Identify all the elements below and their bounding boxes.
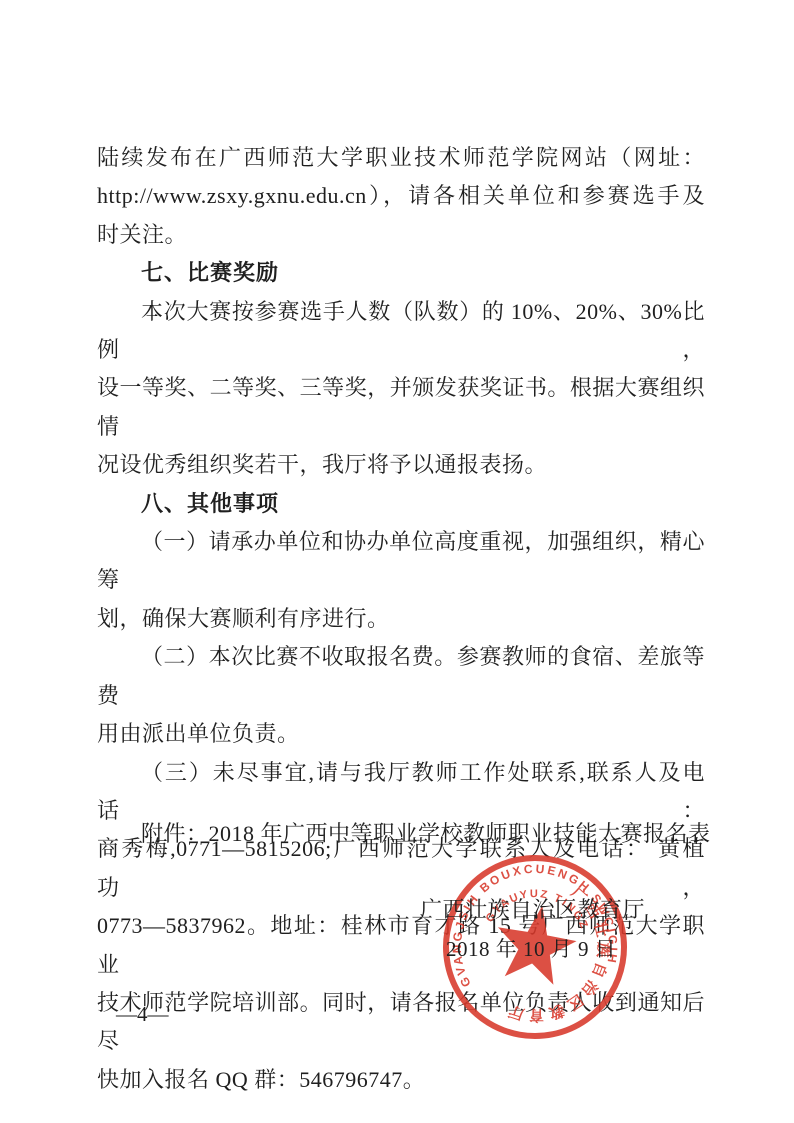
body-line: 快加入报名 QQ 群：546796747。: [97, 1061, 705, 1099]
body-line: 陆续发布在广西师范大学职业技术师范学院网站（网址：: [97, 139, 705, 177]
section-heading-8: 八、其他事项: [97, 485, 705, 523]
body-line: （二）本次比赛不收取报名费。参赛教师的食宿、差旅等费: [97, 638, 705, 715]
body-line: 设一等奖、二等奖、三等奖，并颁发获奖证书。根据大赛组织情: [97, 369, 705, 446]
document-page: 陆续发布在广西师范大学职业技术师范学院网站（网址： http://www.zsx…: [0, 0, 794, 1123]
page-number: —4—: [116, 1001, 169, 1027]
body-line: 划，确保大赛顺利有序进行。: [97, 600, 705, 638]
body-line: 本次大赛按参赛选手人数（队数）的 10%、20%、30%比例，: [97, 293, 705, 370]
section-heading-7: 七、比赛奖励: [97, 254, 705, 292]
body-line: 况设优秀组织奖若干，我厅将予以通报表扬。: [97, 446, 705, 484]
body-line: http://www.zsxy.gxnu.edu.cn），请各相关单位和参赛选手…: [97, 177, 705, 215]
attachment-line: 附件：2018 年广西中等职业学校教师职业技能大赛报名表: [97, 815, 737, 853]
body-line: 技术师范学院培训部。同时，请各报名单位负责人收到通知后尽: [97, 984, 705, 1061]
signature-organization: 广西壮族自治区教育厅: [420, 897, 660, 923]
body-line: （一）请承办单位和协办单位高度重视，加强组织，精心筹: [97, 523, 705, 600]
body-line: 时关注。: [97, 216, 705, 254]
body-line: 用由派出单位负责。: [97, 715, 705, 753]
signature-date: 2018 年 10 月 9 日: [446, 936, 646, 962]
